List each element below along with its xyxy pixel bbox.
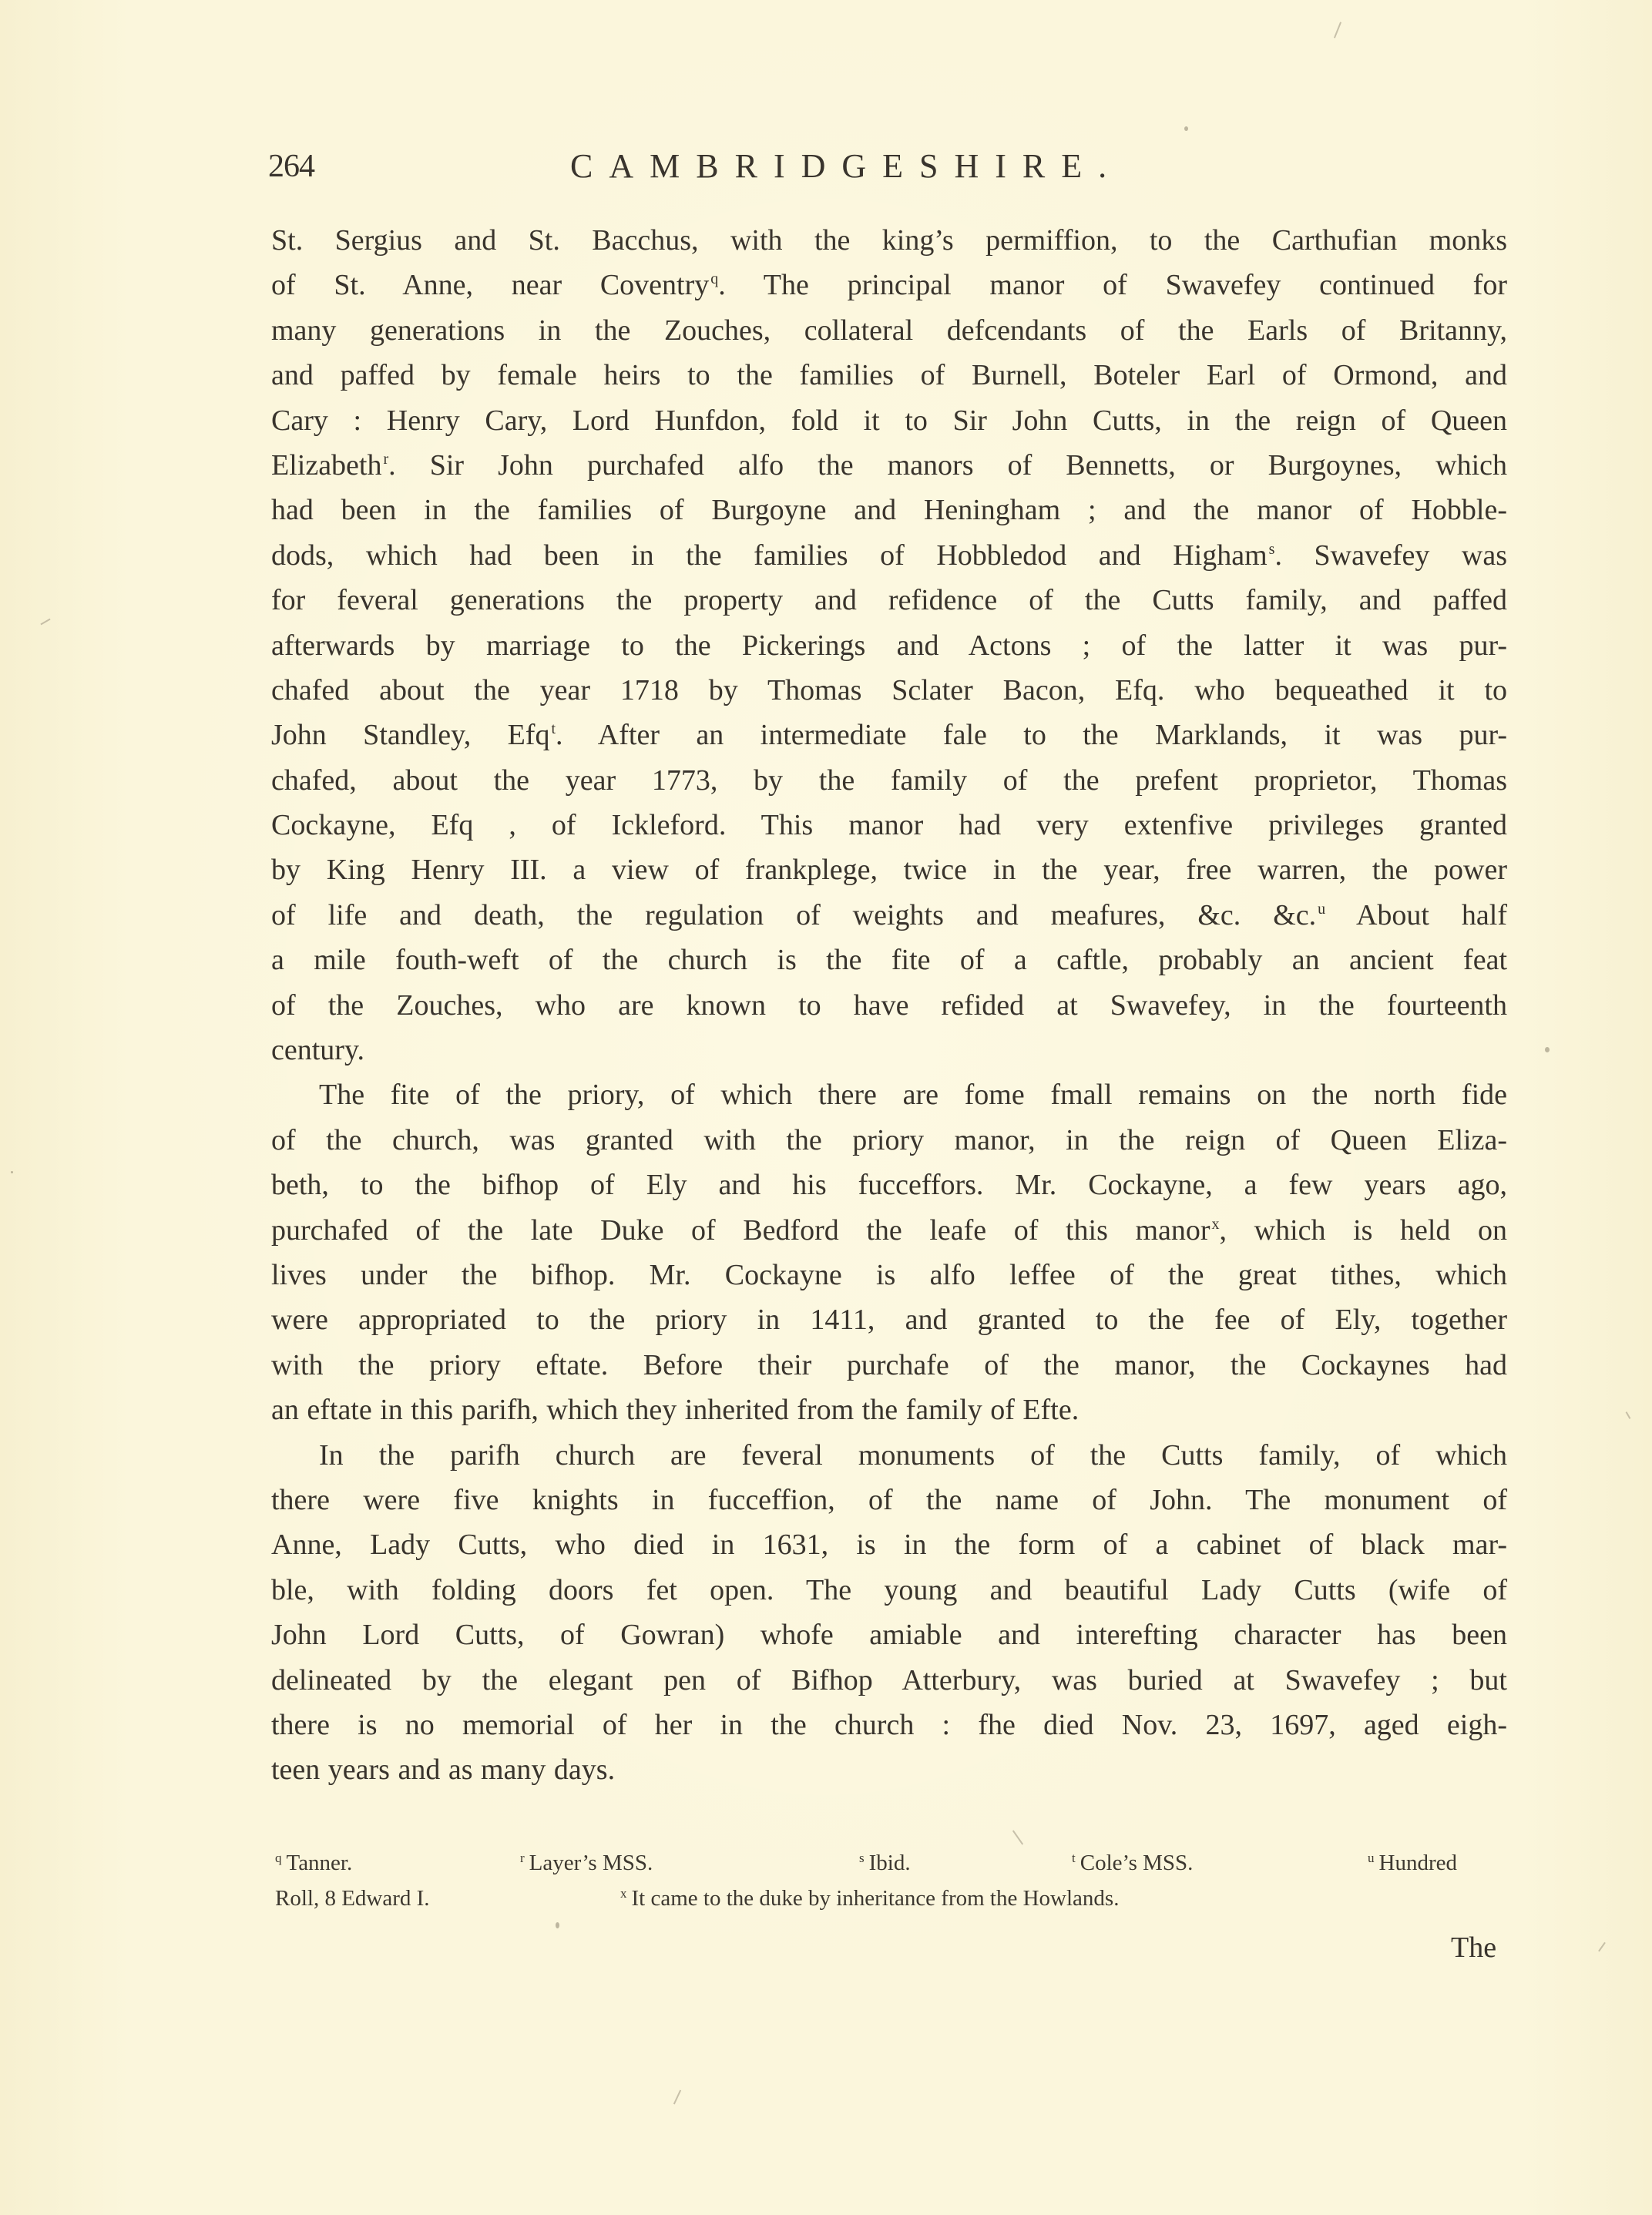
paper-speck	[1184, 126, 1188, 131]
text-line: Elizabethr. Sir John purchafed alfo the …	[271, 443, 1507, 488]
text-line: purchafed of the late Duke of Bedford th…	[271, 1208, 1507, 1253]
footnote-text: Ibid.	[869, 1851, 911, 1875]
footnote-text: It came to the duke by inheritance from …	[632, 1886, 1120, 1911]
paper-mark	[1012, 1830, 1023, 1844]
text-line: there is no memorial of her in the churc…	[271, 1703, 1507, 1747]
footnote-text: Roll, 8 Edward I.	[275, 1886, 430, 1911]
line-text: chafed about the year 1718 by Thomas Scl…	[271, 674, 1507, 706]
text-line: were appropriated to the priory in 1411,…	[271, 1297, 1507, 1342]
footnote-text: Tanner.	[287, 1851, 353, 1875]
text-line: dods, which had been in the families of …	[271, 533, 1507, 578]
paper-mark	[673, 2090, 681, 2105]
footnote-reference: u	[1318, 901, 1325, 918]
paper-mark	[1626, 1411, 1631, 1419]
text-line: John Lord Cutts, of Gowran) whofe amiabl…	[271, 1613, 1507, 1657]
line-text-after-reference: . The principal manor of Swavefey contin…	[718, 269, 1507, 301]
text-line: with the priory eftate. Before their pur…	[271, 1343, 1507, 1388]
paper-mark	[1334, 22, 1341, 38]
footnote-mark: u	[1368, 1851, 1375, 1865]
paper-speck	[11, 1171, 13, 1173]
line-text: had been in the families of Burgoyne and…	[271, 494, 1507, 526]
footnote-q: qTanner.	[275, 1845, 352, 1881]
line-text: purchafed of the late Duke of Bedford th…	[271, 1214, 1210, 1247]
footnote-text: Hundred	[1379, 1851, 1457, 1875]
line-text: Elizabeth	[271, 449, 381, 482]
catchword: The	[1451, 1925, 1496, 1971]
line-text: many generations in the Zouches, collate…	[271, 314, 1507, 347]
text-line: John Standley, Efqt. After an intermedia…	[271, 713, 1507, 757]
text-line: many generations in the Zouches, collate…	[271, 308, 1507, 353]
text-line: delineated by the elegant pen of Bifhop …	[271, 1658, 1507, 1703]
text-line: of St. Anne, near Coventryq. The princip…	[271, 263, 1507, 307]
line-text: an eftate in this parifh, which they inh…	[271, 1394, 1079, 1426]
line-text: afterwards by marriage to the Pickerings…	[271, 629, 1507, 662]
text-line: there were five knights in fucceffion, o…	[271, 1478, 1507, 1522]
text-line: teen years and as many days.	[271, 1747, 1507, 1792]
line-text: by King Henry III. a view of frankplege,…	[271, 854, 1507, 886]
text-line: an eftate in this parifh, which they inh…	[271, 1388, 1507, 1432]
line-text-after-reference: About half	[1325, 899, 1507, 931]
footnote-text: Layer’s MSS.	[529, 1851, 653, 1875]
line-text: century.	[271, 1034, 364, 1066]
line-text: Cockayne, Efq , of Ickleford. This manor…	[271, 809, 1507, 841]
text-line: St. Sergius and St. Bacchus, with the ki…	[271, 218, 1507, 263]
line-text: for feveral generations the property and…	[271, 584, 1507, 616]
footnotes: qTanner. rLayer’s MSS. sIbid. tCole’s MS…	[275, 1845, 1508, 1916]
line-text: of the church, was granted with the prio…	[271, 1124, 1507, 1156]
text-line: for feveral generations the property and…	[271, 578, 1507, 623]
text-line: chafed about the year 1718 by Thomas Scl…	[271, 668, 1507, 713]
paper-mark	[40, 619, 50, 626]
text-line: had been in the families of Burgoyne and…	[271, 488, 1507, 532]
footnote-mark: x	[620, 1886, 627, 1901]
running-title: CAMBRIDGESHIRE.	[570, 143, 1123, 190]
running-head: 264 CAMBRIDGESHIRE.	[268, 143, 1507, 190]
line-text-after-reference: . After an intermediate fale to the Mark…	[556, 719, 1507, 751]
text-line: Anne, Lady Cutts, who died in 1631, is i…	[271, 1522, 1507, 1567]
line-text-after-reference: . Swavefey was	[1274, 539, 1507, 572]
text-line: The fite of the priory, of which there a…	[271, 1072, 1507, 1117]
text-line: by King Henry III. a view of frankplege,…	[271, 847, 1507, 892]
line-text: teen years and as many days.	[271, 1754, 615, 1786]
line-text: chafed, about the year 1773, by the fami…	[271, 764, 1507, 797]
line-text: with the priory eftate. Before their pur…	[271, 1349, 1507, 1381]
text-line: ble, with folding doors fet open. The yo…	[271, 1568, 1507, 1613]
line-text: beth, to the bifhop of Ely and his fucce…	[271, 1169, 1507, 1201]
line-text: and paffed by female heirs to the famili…	[271, 359, 1507, 391]
text-line: beth, to the bifhop of Ely and his fucce…	[271, 1163, 1507, 1207]
text-line: of the church, was granted with the prio…	[271, 1118, 1507, 1163]
text-line: of life and death, the regulation of wei…	[271, 893, 1507, 938]
footnote-mark: t	[1072, 1851, 1076, 1865]
footnote-mark: q	[275, 1851, 282, 1865]
text-line: In the parifh church are feveral monumen…	[271, 1433, 1507, 1478]
book-page: 264 CAMBRIDGESHIRE. St. Sergius and St. …	[0, 0, 1652, 2215]
line-text: ble, with folding doors fet open. The yo…	[271, 1574, 1507, 1606]
page-number: 264	[268, 143, 314, 190]
line-text: delineated by the elegant pen of Bifhop …	[271, 1664, 1507, 1696]
line-text: were appropriated to the priory in 1411,…	[271, 1304, 1507, 1336]
line-text: John Lord Cutts, of Gowran) whofe amiabl…	[271, 1619, 1507, 1651]
text-line: lives under the bifhop. Mr. Cockayne is …	[271, 1253, 1507, 1297]
footnote-t: tCole’s MSS.	[1072, 1845, 1193, 1881]
footnote-u: uHundred	[1368, 1845, 1457, 1881]
text-line: century.	[271, 1028, 1507, 1072]
text-line: chafed, about the year 1773, by the fami…	[271, 758, 1507, 803]
line-text-after-reference: , which is held on	[1220, 1214, 1507, 1247]
line-text: Anne, Lady Cutts, who died in 1631, is i…	[271, 1529, 1507, 1561]
line-text: there is no memorial of her in the churc…	[271, 1709, 1507, 1741]
line-text: dods, which had been in the families of …	[271, 539, 1268, 572]
paper-speck	[556, 1922, 559, 1928]
footnote-reference: q	[710, 270, 718, 287]
footnote-row-1: qTanner. rLayer’s MSS. sIbid. tCole’s MS…	[275, 1845, 1508, 1881]
footnote-r: rLayer’s MSS.	[520, 1845, 653, 1881]
line-text: of St. Anne, near Coventry	[271, 269, 709, 301]
paper-speck	[1545, 1047, 1550, 1052]
footnote-reference: x	[1212, 1216, 1220, 1233]
line-text: lives under the bifhop. Mr. Cockayne is …	[271, 1259, 1507, 1291]
line-text: of the Zouches, who are known to have re…	[271, 989, 1507, 1022]
text-line: Cary : Henry Cary, Lord Hunfdon, fold it…	[271, 398, 1507, 443]
text-line: of the Zouches, who are known to have re…	[271, 983, 1507, 1028]
line-text: there were five knights in fucceffion, o…	[271, 1484, 1507, 1516]
line-text-after-reference: . Sir John purchafed alfo the manors of …	[388, 449, 1507, 482]
line-text: The fite of the priory, of which there a…	[319, 1079, 1507, 1111]
footnote-u-continued: Roll, 8 Edward I.	[275, 1881, 430, 1916]
footnote-x: xIt came to the duke by inheritance from…	[620, 1881, 1119, 1916]
text-line: Cockayne, Efq , of Ickleford. This manor…	[271, 803, 1507, 847]
line-text: In the parifh church are feveral monumen…	[319, 1439, 1507, 1472]
footnote-s: sIbid.	[859, 1845, 911, 1881]
footnote-mark: r	[520, 1851, 525, 1865]
text-line: a mile fouth-weft of the church is the f…	[271, 938, 1507, 982]
footnote-row-2: Roll, 8 Edward I. xIt came to the duke b…	[275, 1881, 1508, 1916]
footnote-mark: s	[859, 1851, 865, 1865]
line-text: of life and death, the regulation of wei…	[271, 899, 1316, 931]
line-text: St. Sergius and St. Bacchus, with the ki…	[271, 224, 1507, 257]
text-line: and paffed by female heirs to the famili…	[271, 353, 1507, 398]
body-text: St. Sergius and St. Bacchus, with the ki…	[271, 218, 1507, 1793]
line-text: a mile fouth-weft of the church is the f…	[271, 944, 1507, 976]
footnote-text: Cole’s MSS.	[1080, 1851, 1194, 1875]
line-text: Cary : Henry Cary, Lord Hunfdon, fold it…	[271, 404, 1507, 437]
line-text: John Standley, Efq	[271, 719, 549, 751]
paper-mark	[1598, 1942, 1606, 1952]
text-line: afterwards by marriage to the Pickerings…	[271, 623, 1507, 668]
